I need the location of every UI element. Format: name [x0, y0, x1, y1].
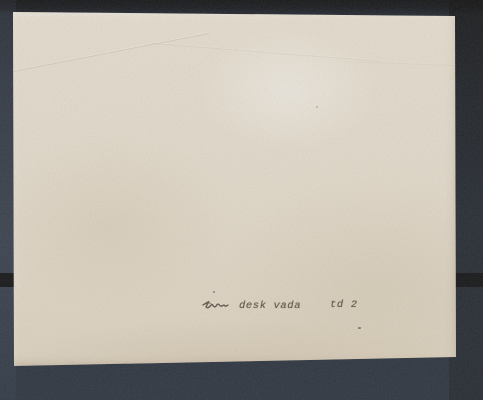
stamp-back-paper: desk vada td 2 [13, 12, 456, 366]
background-top-shadow [0, 0, 483, 14]
pencil-note-td2: td 2 [330, 299, 358, 311]
pencil-note-desk-vada: desk vada [239, 300, 301, 312]
paper-speck [358, 327, 361, 329]
photo: desk vada td 2 [0, 0, 483, 400]
expert-signature-mark [201, 296, 242, 316]
paper-speck [316, 106, 318, 108]
paper-crease [13, 32, 210, 72]
paper-speck [213, 291, 215, 293]
paper-crease [153, 42, 382, 62]
paper-crease [343, 60, 458, 66]
